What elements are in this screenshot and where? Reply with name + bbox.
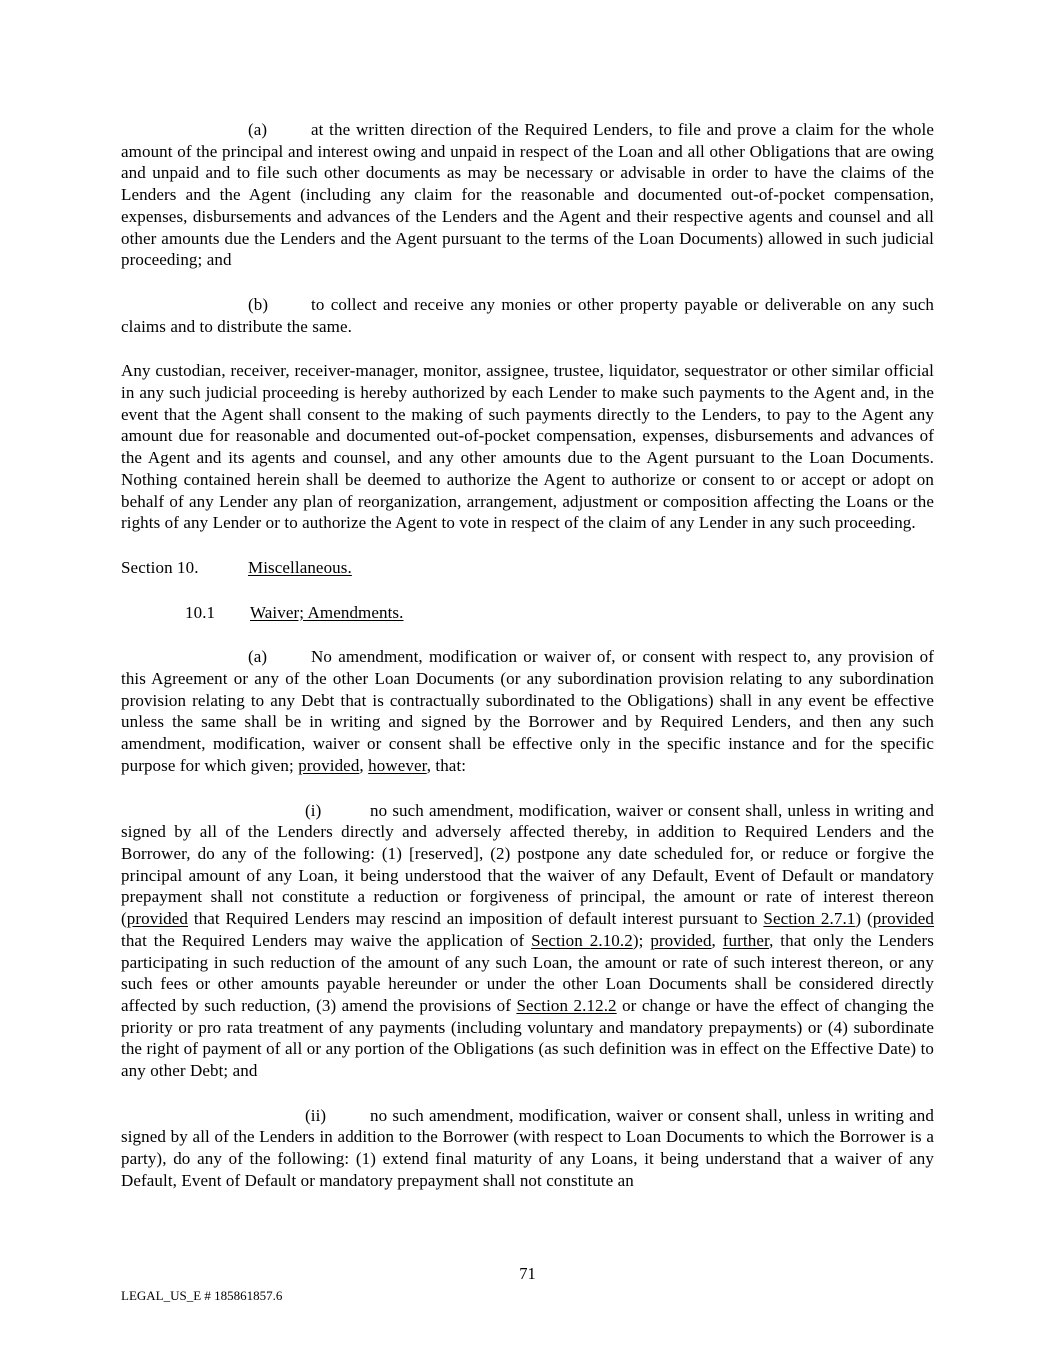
paragraph-label: Section 10.	[121, 557, 248, 579]
underlined-text: Miscellaneous.	[248, 558, 352, 577]
paragraph: (i)no such amendment, modification, waiv…	[121, 800, 934, 1082]
page-number: 71	[0, 1263, 1055, 1284]
text-run: at the written direction of the Required…	[121, 120, 934, 269]
text-run: Any custodian, receiver, receiver-manage…	[121, 361, 934, 532]
underlined-text: Waiver; Amendments.	[250, 603, 404, 622]
paragraph: (b)to collect and receive any monies or …	[121, 294, 934, 337]
paragraph: (a)No amendment, modification or waiver …	[121, 646, 934, 776]
text-run: ) (	[855, 909, 872, 928]
paragraph-label: (b)	[248, 294, 311, 316]
underlined-text: Section 2.12.2	[516, 996, 616, 1015]
text-run: to collect and receive any monies or oth…	[121, 295, 934, 336]
text-run: that Required Lenders may rescind an imp…	[188, 909, 763, 928]
underlined-text: provided	[127, 909, 188, 928]
underlined-text: however	[368, 756, 427, 775]
document-page: (a)at the written direction of the Requi…	[0, 0, 1055, 1365]
underlined-text: Section 2.10.2	[531, 931, 633, 950]
paragraph-label: (a)	[248, 646, 311, 668]
text-run: no such amendment, modification, waiver …	[121, 1106, 934, 1190]
paragraph-label: 10.1	[185, 602, 250, 624]
text-run: ,	[359, 756, 368, 775]
paragraph: (ii)no such amendment, modification, wai…	[121, 1105, 934, 1192]
underlined-text: provided	[298, 756, 359, 775]
text-run: ,	[712, 931, 723, 950]
text-run: , that:	[427, 756, 466, 775]
text-run: No amendment, modification or waiver of,…	[121, 647, 934, 775]
underlined-text: Section 2.7.1	[763, 909, 855, 928]
paragraph: (a)at the written direction of the Requi…	[121, 119, 934, 271]
paragraph: Any custodian, receiver, receiver-manage…	[121, 360, 934, 534]
section-heading: Section 10.Miscellaneous.	[121, 557, 934, 579]
paragraph-label: (ii)	[305, 1105, 370, 1127]
text-run: that the Required Lenders may waive the …	[121, 931, 531, 950]
underlined-text: provided	[650, 931, 711, 950]
paragraph-label: (i)	[305, 800, 370, 822]
text-run: );	[633, 931, 650, 950]
document-body: (a)at the written direction of the Requi…	[121, 119, 934, 1215]
document-id-footer: LEGAL_US_E # 185861857.6	[121, 1288, 282, 1304]
subsection-heading: 10.1Waiver; Amendments.	[121, 602, 934, 624]
paragraph-label: (a)	[248, 119, 311, 141]
underlined-text: further	[723, 931, 769, 950]
underlined-text: provided	[873, 909, 934, 928]
